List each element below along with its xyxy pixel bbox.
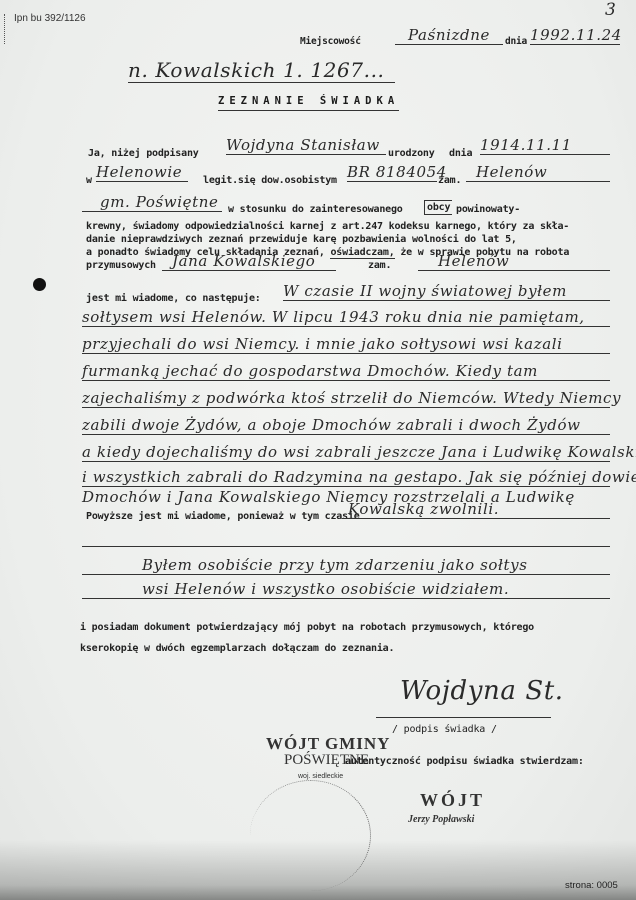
declare-word: oświadczam, [330, 247, 394, 259]
witness-name-field: Wojdyna Stanisław [226, 136, 386, 155]
id-label: legit.się dow.osobistym [203, 175, 337, 186]
subject-residence-label: zam. [368, 260, 391, 271]
statement-line: a kiedy dojechaliśmy do wsi zabrali jesz… [82, 443, 610, 462]
subject-name-field: Jana Kowalskiego [162, 252, 336, 271]
statement-line: W czasie II wojny światowej byłem [283, 282, 610, 301]
official-name: Jerzy Popławski [408, 814, 474, 825]
official-stamp-title: WÓJT [420, 790, 485, 811]
reason-line: wsi Helenów i wszystko osobiście widział… [82, 580, 610, 599]
place-field: Paśnizdne [395, 26, 503, 45]
forced-label: przymusowych [86, 260, 156, 271]
statement-line: zajechaliśmy z podwórka ktoś strzelił do… [82, 389, 610, 408]
in-label: w [86, 175, 92, 186]
place-label: Miejscowość [300, 36, 361, 47]
office-stamp-title: WÓJT GMINY [266, 734, 390, 754]
declarant-label: Ja, niżej podpisany [88, 148, 199, 159]
subject-residence-field: Helenów [418, 252, 610, 271]
archive-reference: Ipn bu 392/1126 [14, 13, 86, 24]
date-field: 1992.11.24 [530, 26, 620, 45]
document-line-2: kserokopię w dwóch egzemplarzach dołącza… [80, 643, 394, 654]
birth-date-field: 1914.11.11 [480, 136, 610, 155]
round-seal [250, 780, 371, 891]
commune-field: gm. Poświętne [82, 193, 222, 212]
signature-caption: / podpis świadka / [392, 724, 497, 735]
born-label: urodzony [388, 148, 435, 159]
reason-line: Byłem osobiście przy tym zdarzeniu jako … [82, 556, 610, 575]
witness-signature: Wojdyna St. [400, 676, 564, 706]
authenticity-text: autentyczność podpisu świadka stwierdzam… [345, 756, 584, 767]
known-label: jest mi wiadome, co następuje: [86, 293, 261, 304]
office-stamp-voivodeship: woj. siedleckie [298, 773, 343, 780]
punch-hole [33, 278, 46, 291]
case-note: n. Kowalskich 1. 1267... [128, 58, 395, 83]
oath-line-2: danie nieprawdziwych zeznań przewiduje k… [86, 234, 517, 245]
document-page: Ipn bu 392/1126 3 Miejscowość Paśnizdne … [0, 0, 636, 900]
document-title: ZEZNANIE ŚWIADKA [218, 95, 399, 111]
statement-line: przyjechali do wsi Niemcy. i mnie jako s… [82, 335, 610, 354]
residence-label: zam. [438, 175, 461, 186]
relation-other: powinowaty- [456, 204, 520, 215]
reason-label: Powyższe jest mi wiadome, ponieważ w tym… [86, 511, 360, 522]
statement-line: i wszystkich zabrali do Radzymina na ges… [82, 468, 610, 487]
oath-line-1: krewny, świadomy odpowiedzialności karne… [86, 221, 569, 232]
scan-edge-mark [4, 14, 5, 44]
blank-line [82, 546, 610, 547]
id-number-field: BR 8184054 [347, 163, 437, 182]
signature-line [376, 717, 551, 718]
document-line-1: i posiadam dokument potwierdzający mój p… [80, 622, 534, 633]
relation-text: w stosunku do zainteresowanego [228, 204, 403, 215]
statement-line: sołtysem wsi Helenów. W lipcu 1943 roku … [82, 308, 610, 327]
residence-field: Helenów [466, 163, 610, 182]
statement-line: zabili dwoje Żydów, a oboje Dmochów zabr… [82, 416, 610, 435]
page-number: strona: 0005 [565, 880, 618, 891]
birthplace-field: Helenowie [96, 163, 188, 182]
born-date-label: dnia [449, 148, 472, 159]
page-corner-number: 3 [605, 0, 616, 20]
relation-selected: obcy [424, 200, 452, 215]
date-label: dnia [505, 36, 527, 47]
statement-line: furmanką jechać do gospodarstwa Dmochów.… [82, 362, 610, 381]
reason-field: Kowalską zwolnili. [342, 500, 610, 519]
